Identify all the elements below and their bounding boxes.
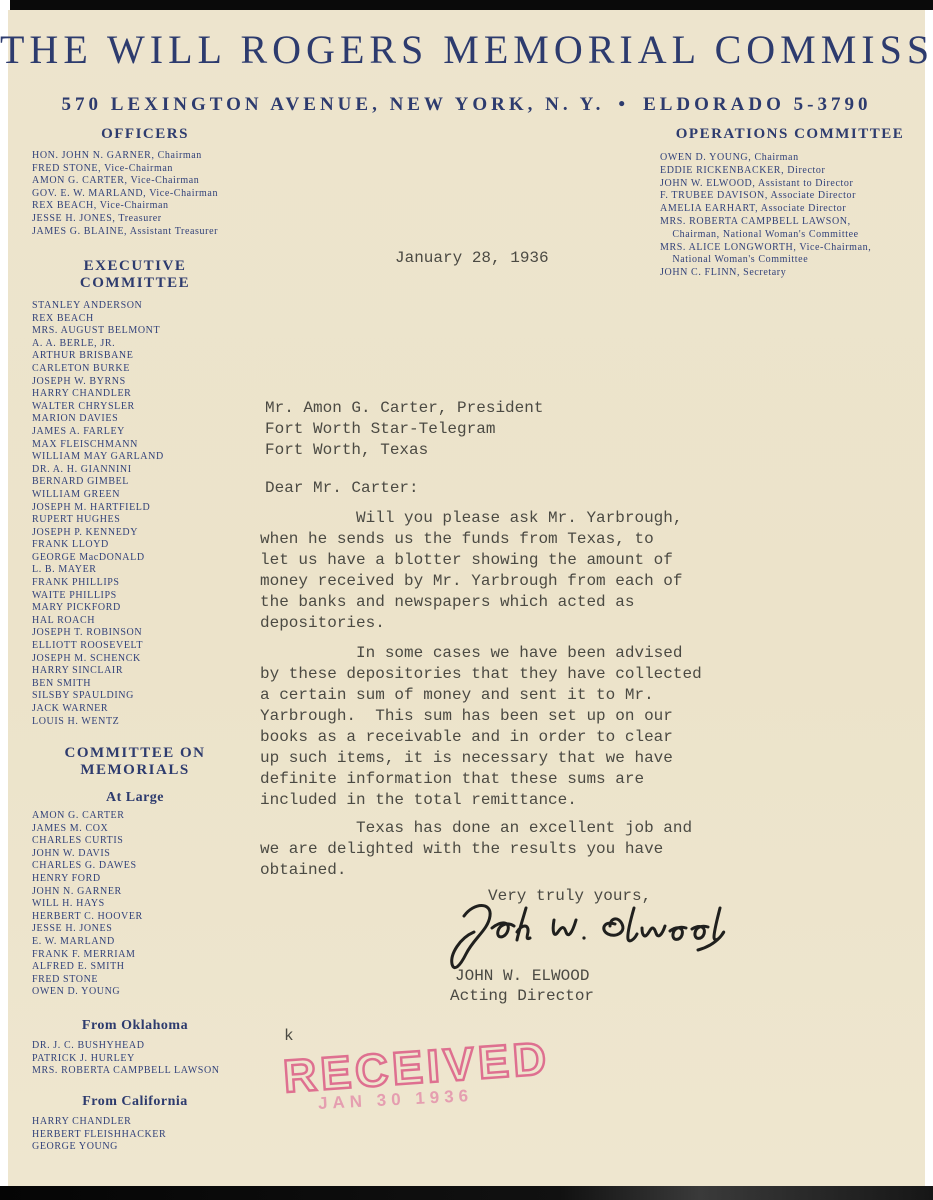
officers-heading: OFFICERS [30, 126, 260, 143]
from-oklahoma-label: From Oklahoma [20, 1018, 250, 1034]
memorials-committee-heading: COMMITTEE ON MEMORIALS [30, 745, 240, 779]
executive-committee-heading: EXECUTIVE COMMITTEE [30, 258, 240, 292]
scanned-letter: THE WILL ROGERS MEMORIAL COMMISSION 570 … [0, 0, 933, 1200]
typist-initial: k [284, 1026, 294, 1047]
handwritten-signature [430, 898, 730, 973]
operations-committee-heading: OPERATIONS COMMITTEE [655, 126, 925, 143]
letterhead-address-line: 570 LEXINGTON AVENUE, NEW YORK, N. Y.•EL… [0, 94, 933, 116]
letterhead-title: THE WILL ROGERS MEMORIAL COMMISSION [0, 26, 933, 73]
letter-date: January 28, 1936 [395, 248, 549, 269]
officers-list: HON. JOHN N. GARNER, Chairman FRED STONE… [32, 150, 218, 238]
operations-committee-list: OWEN D. YOUNG, Chairman EDDIE RICKENBACK… [660, 152, 871, 280]
executive-committee-list: STANLEY ANDERSON REX BEACH MRS. AUGUST B… [32, 300, 164, 728]
letterhead-phone: ELDORADO 5-3790 [643, 94, 871, 115]
at-large-label: At Large [20, 790, 250, 806]
from-california-list: HARRY CHANDLER HERBERT FLEISHHACKER GEOR… [32, 1116, 166, 1154]
letter-paragraph-2: In some cases we have been advised by th… [260, 643, 702, 811]
signed-title: Acting Director [450, 986, 594, 1007]
at-large-list: AMON G. CARTER JAMES M. COX CHARLES CURT… [32, 810, 143, 999]
salutation: Dear Mr. Carter: [265, 478, 419, 499]
recipient-address: Mr. Amon G. Carter, President Fort Worth… [265, 398, 543, 461]
letterhead-bullet: • [604, 94, 643, 115]
from-california-label: From California [20, 1094, 250, 1110]
signed-name: JOHN W. ELWOOD [455, 966, 589, 987]
letter-paragraph-1: Will you please ask Mr. Yarbrough, when … [260, 508, 682, 634]
scan-border-bottom [0, 1186, 933, 1200]
from-oklahoma-list: DR. J. C. BUSHYHEAD PATRICK J. HURLEY MR… [32, 1040, 220, 1078]
scan-border-top [10, 0, 933, 10]
letter-paragraph-3: Texas has done an excellent job and we a… [260, 818, 692, 881]
letterhead-address: 570 LEXINGTON AVENUE, NEW YORK, N. Y. [62, 94, 605, 115]
